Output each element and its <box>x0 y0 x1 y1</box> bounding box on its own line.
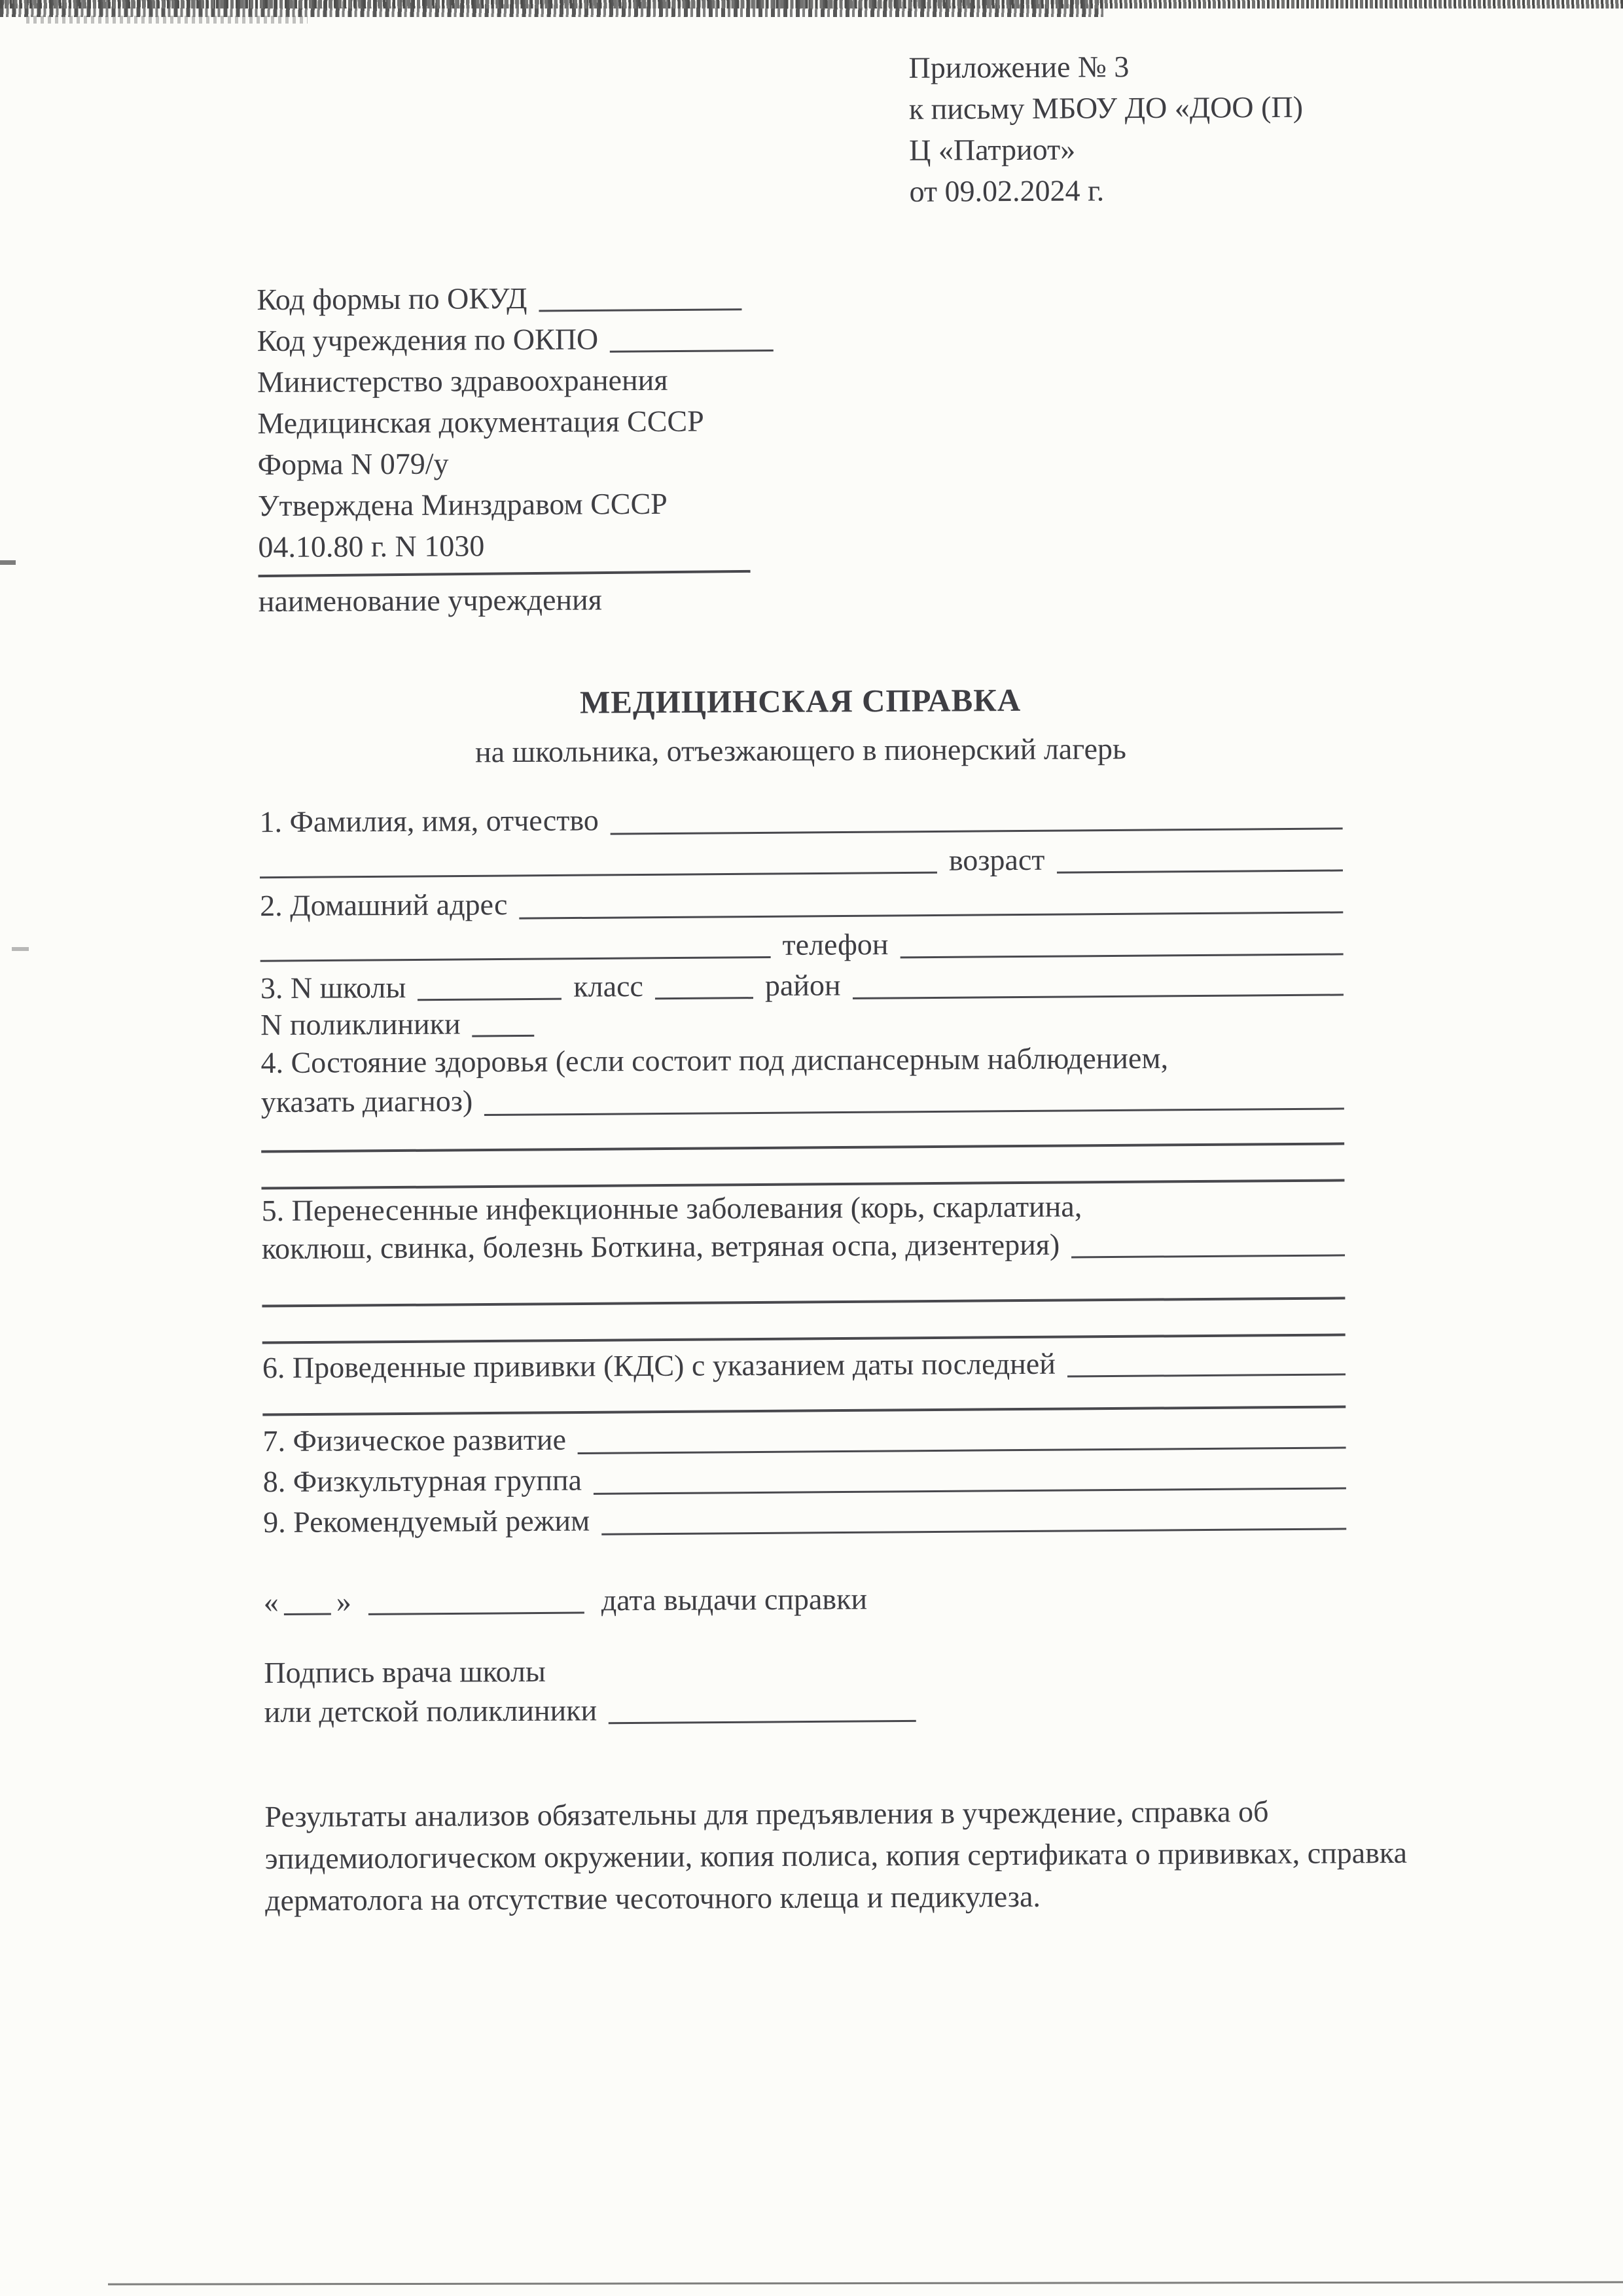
field-regimen-blank-line <box>601 1523 1346 1535</box>
field-health-label-2: указать диагноз) <box>261 1082 473 1121</box>
annex-line-3: Ц «Патриот» <box>909 128 1303 171</box>
field-school-row: 3. N школы класс район <box>260 960 1344 1007</box>
field-address-label: 2. Домашний адрес <box>260 886 508 924</box>
field-infections-row-1: 5. Перенесенные инфекционные заболевания… <box>262 1187 1345 1229</box>
form-number-row: Форма N 079/у <box>258 438 978 483</box>
issue-month-blank-line <box>368 1607 584 1615</box>
field-pe-group-blank-line <box>594 1482 1346 1494</box>
field-health-label-1: 4. Состояние здоровья (если состоит под … <box>260 1039 1168 1081</box>
institution-caption: наименование учреждения <box>259 579 978 619</box>
open-guillemet: « <box>264 1583 279 1621</box>
codes-block: Код формы по ОКУД Код учреждения по ОКПО… <box>257 273 978 619</box>
field-vaccinations-label: 6. Проведенные прививки (КДС) с указание… <box>262 1344 1056 1386</box>
field-health-extra-line-2 <box>261 1150 1344 1193</box>
document-title: МЕДИЦИНСКАЯ СПРАВКА <box>259 678 1342 724</box>
field-name-row: 1. Фамилия, имя, отчество <box>259 793 1342 840</box>
annex-line-1: Приложение № 3 <box>908 45 1302 88</box>
med-doc-row: Медицинская документация СССР <box>257 397 977 442</box>
field-phone-row: телефон <box>260 918 1343 966</box>
field-class-label: класс <box>573 967 643 1005</box>
signature-label-1: Подпись врача школы <box>264 1652 546 1691</box>
scanned-document-page: Приложение № 3 к письму МБОУ ДО «ДОО (П)… <box>0 0 1623 2296</box>
signature-row-2: или детской поликлиники <box>264 1685 1347 1731</box>
field-clinic-label: N поликлиники <box>260 1005 461 1043</box>
issue-date-row: « » дата выдачи справки <box>264 1573 1347 1621</box>
ministry-label: Министерство здравоохранения <box>257 361 668 401</box>
field-vaccinations-row: 6. Проведенные прививки (КДС) с указание… <box>262 1341 1346 1386</box>
field-regimen-label: 9. Рекомендуемый режим <box>263 1501 590 1541</box>
okpo-blank-line <box>610 345 774 353</box>
field-pe-group-label: 8. Физкультурная группа <box>263 1461 582 1500</box>
field-physical-blank-line <box>578 1442 1346 1454</box>
okud-blank-line <box>539 304 741 312</box>
field-address-blank-line <box>520 906 1344 919</box>
annex-line-2: к письму МБОУ ДО «ДОО (П) <box>909 86 1303 130</box>
field-physical-row: 7. Физическое развитие <box>262 1413 1346 1460</box>
okpo-label: Код учреждения по ОКПО <box>257 320 599 359</box>
ministry-row: Министерство здравоохранения <box>257 355 977 401</box>
approved-date-label: 04.10.80 г. N 1030 <box>258 527 484 565</box>
field-school-blank-line <box>418 994 562 1001</box>
signature-row-1: Подпись врача школы <box>264 1647 1347 1691</box>
field-health-extra-line-1 <box>261 1115 1344 1156</box>
field-clinic-blank-line <box>473 1030 535 1037</box>
approved-date-row: 04.10.80 г. N 1030 <box>258 520 978 565</box>
document-sheet: Приложение № 3 к письму МБОУ ДО «ДОО (П)… <box>0 0 1623 2296</box>
close-guillemet: » <box>336 1583 351 1621</box>
field-regimen-row: 9. Рекомендуемый режим <box>263 1494 1346 1541</box>
field-district-blank-line <box>853 989 1344 999</box>
issue-date-caption: дата выдачи справки <box>601 1580 868 1619</box>
med-doc-label: Медицинская документация СССР <box>257 402 704 442</box>
field-infections-extra-line-1 <box>262 1261 1345 1310</box>
annex-line-4: от 09.02.2024 г. <box>909 169 1303 212</box>
field-class-blank-line <box>655 992 753 999</box>
field-infections-extra-line-2 <box>262 1304 1345 1347</box>
field-vaccinations-blank-line <box>1067 1369 1346 1377</box>
field-address-row: 2. Домашний адрес <box>260 876 1343 924</box>
field-health-row-2: указать диагноз) <box>261 1075 1344 1121</box>
field-phone-blank-line <box>900 948 1343 958</box>
field-address-blank-line-2 <box>260 952 771 962</box>
field-name-label: 1. Фамилия, имя, отчество <box>259 801 599 840</box>
field-physical-label: 7. Физическое развитие <box>262 1420 566 1460</box>
document-subtitle: на школьника, отъезжающего в пионерский … <box>259 729 1342 772</box>
form-body: 1. Фамилия, имя, отчество возраст 2. Дом… <box>259 793 1348 1952</box>
signature-label-2: или детской поликлиники <box>264 1691 597 1731</box>
field-district-label: район <box>765 966 841 1004</box>
field-infections-label-2: коклюш, свинка, болезнь Боткина, ветряна… <box>262 1225 1060 1267</box>
field-infections-label-1: 5. Перенесенные инфекционные заболевания… <box>262 1187 1082 1229</box>
field-age-label: возраст <box>949 840 1045 878</box>
field-pe-group-row: 8. Физкультурная группа <box>263 1454 1346 1500</box>
field-age-row: возраст <box>260 834 1343 882</box>
field-infections-blank-line <box>1071 1249 1345 1258</box>
field-clinic-row: N поликлиники <box>260 1001 1344 1043</box>
approved-row: Утверждена Минздравом СССР <box>258 479 978 524</box>
okud-row: Код формы по ОКУД <box>257 273 976 318</box>
issue-day-blank-line <box>284 1609 331 1616</box>
field-name-blank-line-2 <box>260 867 937 879</box>
field-school-label: 3. N школы <box>260 968 406 1007</box>
signature-blank-line <box>609 1715 916 1724</box>
field-vaccinations-extra-line <box>262 1380 1346 1419</box>
field-age-blank-line <box>1056 865 1343 873</box>
form-number-label: Форма N 079/у <box>258 444 449 483</box>
field-health-row-1: 4. Состояние здоровья (если состоит под … <box>260 1037 1344 1081</box>
field-health-blank-line <box>484 1103 1344 1116</box>
field-phone-label: телефон <box>782 925 888 963</box>
field-infections-row-2: коклюш, свинка, болезнь Боткина, ветряна… <box>262 1223 1345 1267</box>
approved-label: Утверждена Минздравом СССР <box>258 484 668 524</box>
title-block: МЕДИЦИНСКАЯ СПРАВКА на школьника, отъезж… <box>259 678 1342 772</box>
okpo-row: Код учреждения по ОКПО <box>257 314 977 359</box>
field-name-blank-line <box>611 823 1343 834</box>
annex-block: Приложение № 3 к письму МБОУ ДО «ДОО (П)… <box>908 45 1303 212</box>
okud-label: Код формы по ОКУД <box>257 279 527 318</box>
institution-blank-line <box>259 570 751 577</box>
footnote-paragraph: Результаты анализов обязательны для пред… <box>264 1789 1541 1922</box>
